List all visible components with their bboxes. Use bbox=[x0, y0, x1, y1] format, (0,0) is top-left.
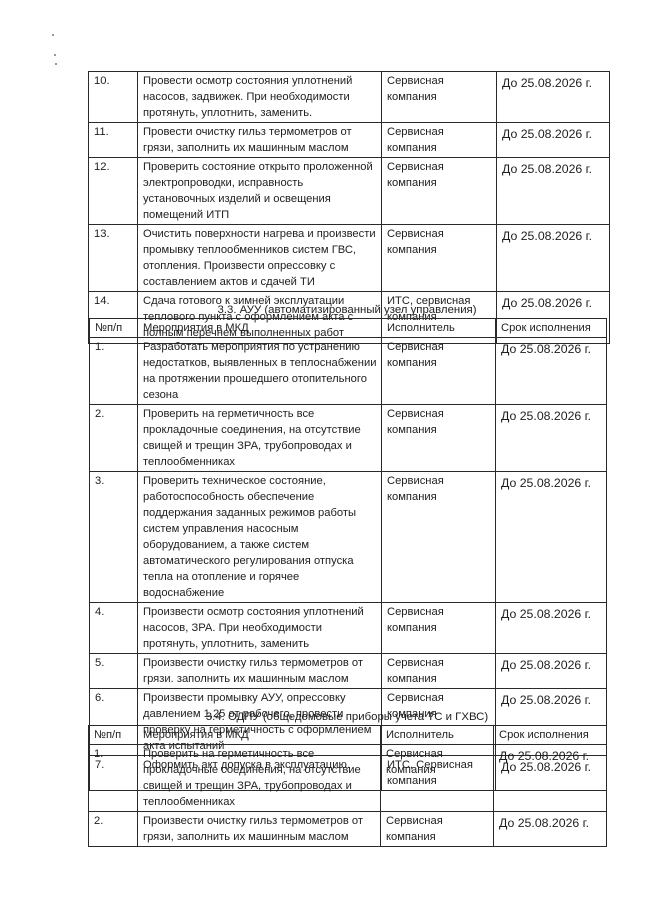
scan-dot bbox=[54, 54, 56, 56]
table-row: 1. Разработать мероприятия по устранению… bbox=[90, 338, 607, 405]
row-task: Произвести осмотр состояния уплотнений н… bbox=[138, 603, 382, 654]
header-num: №п/п bbox=[90, 319, 138, 338]
row-task: Проверить состояние открыто проложенной … bbox=[138, 158, 382, 225]
row-number: 11. bbox=[89, 123, 138, 158]
row-deadline: До 25.08.2026 г. bbox=[496, 338, 607, 405]
section-caption-aui: 3.3. АУУ (автоматизированный узел управл… bbox=[88, 303, 606, 317]
row-task: Проверить на герметичность все прокладоч… bbox=[138, 745, 381, 812]
table-row: 2. Проверить на герметичность все прокла… bbox=[90, 405, 607, 472]
row-executor: Сервисная компания bbox=[382, 603, 496, 654]
header-deadline: Срок исполнения bbox=[494, 726, 607, 745]
row-deadline: До 25.08.2026 г. bbox=[497, 225, 610, 292]
table-row: 1. Проверить на герметичность все прокла… bbox=[89, 745, 607, 812]
row-task: Провести очистку гильз термометров от гр… bbox=[138, 123, 382, 158]
row-executor: Сервисная компания bbox=[382, 338, 496, 405]
row-task: Провести осмотр состояния уплотнений нас… bbox=[138, 72, 382, 123]
row-task: Произвести очистку гильз термометров от … bbox=[138, 654, 382, 689]
row-executor: Сервисная компания bbox=[382, 72, 497, 123]
row-deadline: До 25.08.2026 г. bbox=[496, 603, 607, 654]
row-task: Проверить техническое состояние, работос… bbox=[138, 472, 382, 603]
row-task: Разработать мероприятия по устранению не… bbox=[138, 338, 382, 405]
row-deadline: До 25.08.2026 г. bbox=[496, 405, 607, 472]
header-executor: Исполнитель bbox=[381, 726, 494, 745]
row-number: 4. bbox=[90, 603, 138, 654]
row-deadline: До 25.08.2026 г. bbox=[497, 72, 610, 123]
table-row: 10. Провести осмотр состояния уплотнений… bbox=[89, 72, 610, 123]
row-executor: Сервисная компания bbox=[381, 745, 494, 812]
header-task: Мероприятия в МКД bbox=[138, 319, 382, 338]
table-row: 2. Произвести очистку гильз термометров … bbox=[89, 812, 607, 847]
header-executor: Исполнитель bbox=[382, 319, 496, 338]
table-row: 11. Провести очистку гильз термометров о… bbox=[89, 123, 610, 158]
section-caption-odpu: 3.4. ОДПУ (общедомовые приборы учета ТС … bbox=[88, 710, 606, 724]
row-number: 3. bbox=[90, 472, 138, 603]
row-deadline: До 25.08.2026 г. bbox=[494, 812, 607, 847]
odpu-tasks-table: №п/п Мероприятия в МКД Исполнитель Срок … bbox=[88, 725, 607, 847]
row-number: 2. bbox=[90, 405, 138, 472]
table-row: 13. Очистить поверхности нагрева и произ… bbox=[89, 225, 610, 292]
row-number: 1. bbox=[90, 338, 138, 405]
row-executor: Сервисная компания bbox=[382, 158, 497, 225]
table-header-row: №п/п Мероприятия в МКД Исполнитель Срок … bbox=[89, 726, 607, 745]
row-deadline: До 25.08.2026 г. bbox=[496, 654, 607, 689]
row-deadline: До 25.08.2026 г. bbox=[494, 745, 607, 812]
row-executor: Сервисная компания bbox=[381, 812, 494, 847]
row-task: Произвести очистку гильз термометров от … bbox=[138, 812, 381, 847]
row-number: 10. bbox=[89, 72, 138, 123]
row-executor: Сервисная компания bbox=[382, 225, 497, 292]
scan-dot bbox=[55, 63, 57, 65]
row-number: 13. bbox=[89, 225, 138, 292]
header-task: Мероприятия в МКД bbox=[138, 726, 381, 745]
table-header-row: №п/п Мероприятия в МКД Исполнитель Срок … bbox=[90, 319, 607, 338]
row-executor: Сервисная компания bbox=[382, 654, 496, 689]
table-row: 3. Проверить техническое состояние, рабо… bbox=[90, 472, 607, 603]
row-executor: Сервисная компания bbox=[382, 472, 496, 603]
row-deadline: До 25.08.2026 г. bbox=[496, 472, 607, 603]
header-num: №п/п bbox=[89, 726, 138, 745]
table-row: 4. Произвести осмотр состояния уплотнени… bbox=[90, 603, 607, 654]
row-number: 12. bbox=[89, 158, 138, 225]
row-number: 5. bbox=[90, 654, 138, 689]
row-executor: Сервисная компания bbox=[382, 123, 497, 158]
row-task: Проверить на герметичность все прокладоч… bbox=[138, 405, 382, 472]
row-number: 1. bbox=[89, 745, 138, 812]
header-deadline: Срок исполнения bbox=[496, 319, 607, 338]
table-row: 12. Проверить состояние открыто проложен… bbox=[89, 158, 610, 225]
row-task: Очистить поверхности нагрева и произвест… bbox=[138, 225, 382, 292]
scan-dot bbox=[52, 34, 54, 36]
table-row: 5. Произвести очистку гильз термометров … bbox=[90, 654, 607, 689]
row-deadline: До 25.08.2026 г. bbox=[497, 123, 610, 158]
row-executor: Сервисная компания bbox=[382, 405, 496, 472]
row-number: 2. bbox=[89, 812, 138, 847]
row-deadline: До 25.08.2026 г. bbox=[497, 158, 610, 225]
